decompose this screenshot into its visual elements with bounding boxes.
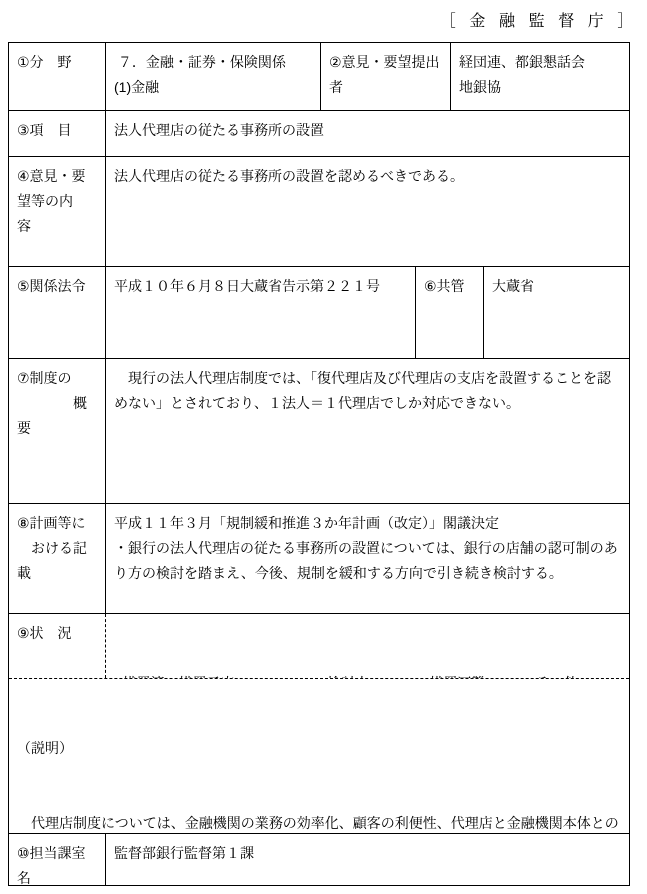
row-field-system-outline: ⑦制度の 概要 現行の法人代理店制度では、「復代理店及び代理店の支店を設置するこ… xyxy=(9,359,629,504)
field-value-status: □措置済・措置予定■検討中□措置困難□その他 （実施（予定）時期： ） xyxy=(106,614,629,678)
field-label-category: ①分 野 xyxy=(9,43,106,110)
field-label-item: ③項 目 xyxy=(9,111,106,156)
explanation-heading: （説明） xyxy=(17,736,621,761)
field-value-item: 法人代理店の従たる事務所の設置 xyxy=(106,111,629,156)
explanation-cell: （説明） 代理店制度については、金融機関の業務の効率化、顧客の利便性、代理店と金… xyxy=(9,679,629,833)
agency-header: ［金融監督庁］ xyxy=(440,8,647,31)
explanation-body: 代理店制度については、金融機関の業務の効率化、顧客の利便性、代理店と金融機関本体… xyxy=(17,811,621,833)
status-option-under-review: ■検討中 xyxy=(318,671,368,678)
row-field-opinion: ④意見・要 望等の内 容 法人代理店の従たる事務所の設置を認めるべきである。 xyxy=(9,157,629,267)
field-label-opinion: ④意見・要 望等の内 容 xyxy=(9,157,106,266)
field-value-joint-jurisdiction: 大蔵省 xyxy=(484,267,629,358)
field-label-status: ⑨状 況 xyxy=(9,614,106,678)
status-option-difficult: □措置困難 xyxy=(421,671,485,678)
field-label-department: ⑩担当課室名 xyxy=(9,834,106,885)
field-value-submitter: 経団連、都銀懇話会 地銀協 xyxy=(451,43,629,110)
field-value-department: 監督部銀行監督第１課 xyxy=(106,834,629,885)
document-page: { "header": { "agency": "［金融監督庁］" }, "ta… xyxy=(0,0,647,894)
field-value-opinion: 法人代理店の従たる事務所の設置を認めるべきである。 xyxy=(106,157,629,266)
status-option-measured: □措置済・措置予定 xyxy=(114,671,234,678)
field-value-plan-description: 平成１１年３月「規制緩和推進３か年計画（改定）」閣議決定 ・銀行の法人代理店の従… xyxy=(106,504,629,613)
field-label-submitter: ②意見・要望提出者 xyxy=(321,43,451,110)
field-label-joint-jurisdiction: ⑥共管 xyxy=(416,267,484,358)
status-option-other: □その他 xyxy=(527,671,577,678)
field-value-category: ７．金融・証券・保険関係 (1)金融 xyxy=(106,43,321,110)
row-field-department: ⑩担当課室名 監督部銀行監督第１課 xyxy=(9,834,629,885)
form-table: ①分 野 ７．金融・証券・保険関係 (1)金融 ②意見・要望提出者 経団連、都銀… xyxy=(8,42,630,886)
field-label-law: ⑤関係法令 xyxy=(9,267,106,358)
field-value-system-outline: 現行の法人代理店制度では、「復代理店及び代理店の支店を設置することを認めない」と… xyxy=(106,359,629,503)
row-field-status: ⑨状 況 □措置済・措置予定■検討中□措置困難□その他 （実施（予定）時期： ） xyxy=(9,614,629,679)
row-field-law: ⑤関係法令 平成１０年６月８日大蔵省告示第２２１号 ⑥共管 大蔵省 xyxy=(9,267,629,359)
row-field-plan-description: ⑧計画等に おける記載 平成１１年３月「規制緩和推進３か年計画（改定）」閣議決定… xyxy=(9,504,629,614)
field-label-system-outline: ⑦制度の 概要 xyxy=(9,359,106,503)
field-value-law: 平成１０年６月８日大蔵省告示第２２１号 xyxy=(106,267,416,358)
field-label-plan-description: ⑧計画等に おける記載 xyxy=(9,504,106,613)
status-options-line: □措置済・措置予定■検討中□措置困難□その他 xyxy=(114,671,621,678)
row-field-item: ③項 目 法人代理店の従たる事務所の設置 xyxy=(9,111,629,157)
row-explanation: （説明） 代理店制度については、金融機関の業務の効率化、顧客の利便性、代理店と金… xyxy=(9,679,629,834)
row-field-category: ①分 野 ７．金融・証券・保険関係 (1)金融 ②意見・要望提出者 経団連、都銀… xyxy=(9,43,629,111)
